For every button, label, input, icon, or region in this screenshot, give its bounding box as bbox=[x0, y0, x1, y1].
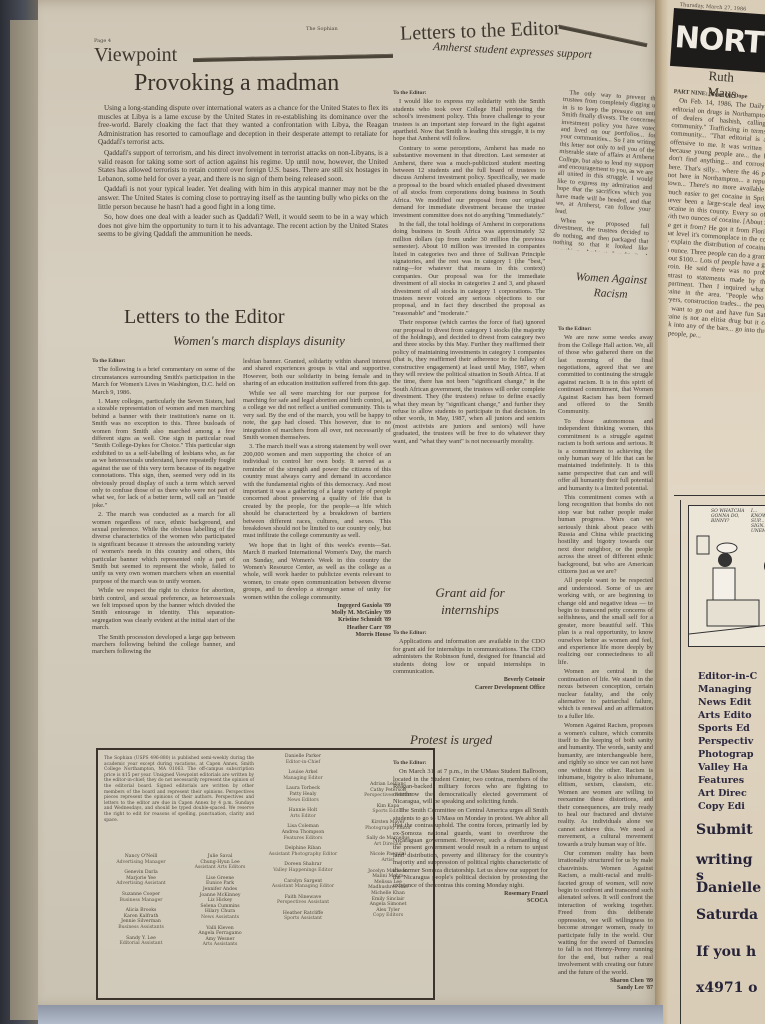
comic-strip: SO WHATCHA GONNA DO, BINNY? I... KNOW...… bbox=[688, 505, 765, 647]
letter-paragraph: The following is a brief commentary on s… bbox=[92, 366, 235, 396]
background-surface bbox=[38, 1005, 663, 1024]
editorial-paragraph: Qaddafi is not your typical leader. Yet … bbox=[98, 185, 388, 211]
staff-role: Assistant Managing Editor bbox=[263, 884, 343, 890]
letter-paragraph: 3. The march itself was a strong stateme… bbox=[243, 443, 391, 539]
submit-notice-line: Saturda bbox=[696, 907, 758, 923]
staff-role-label: Arts Edito bbox=[698, 709, 757, 722]
letter-amherst-col1: To the Editor: I would like to express m… bbox=[393, 90, 545, 565]
comic-drawing bbox=[689, 526, 765, 644]
signature: Career Development Office bbox=[393, 685, 545, 692]
signature: Ingegerd Gaxiola '89 bbox=[243, 603, 391, 610]
letter-paragraph: The Smith procession developed a large g… bbox=[92, 634, 235, 656]
signature: Morris House bbox=[243, 632, 391, 639]
letter-paragraph: The only way to prevent the trustees fro… bbox=[555, 89, 659, 221]
staff-role-label: Art Direc bbox=[698, 787, 757, 800]
letter-womens-march-col1: To the Editor: The following is a brief … bbox=[92, 358, 235, 744]
letter-racism: To the Editor: We are now some weeks awa… bbox=[558, 326, 653, 1006]
signature: Sharon Chen '89 bbox=[558, 978, 653, 985]
newspaper-name: The Sophian bbox=[306, 26, 338, 33]
staff-entry: Heather RatcliffeSports Assistant bbox=[263, 911, 343, 922]
staff-role: Editor-in-Chief bbox=[263, 760, 343, 766]
staff-role: Advertising Manager bbox=[102, 860, 180, 866]
staff-role: Business Assistants bbox=[102, 925, 180, 931]
letter-paragraph: 1. Many colleges, particularly the Seven… bbox=[92, 398, 235, 509]
section-rule bbox=[193, 54, 393, 62]
letter-paragraph: lesbian banner. Granted, solidarity with… bbox=[243, 358, 391, 388]
salutation: To the Editor: bbox=[92, 358, 235, 365]
signature: Sandy Lee '87 bbox=[558, 985, 653, 992]
editorial-paragraph: Qaddafi's support of terrorism, and his … bbox=[98, 149, 388, 183]
signature: Molly M. McGinley '89 bbox=[243, 610, 391, 617]
newspaper-page-right: Thursday, March 27, 1986 NORTHA Ruth Mau… bbox=[668, 0, 765, 1024]
letters-header: Letters to the Editor bbox=[124, 306, 285, 329]
letter-paragraph: While we respect the right to choice for… bbox=[92, 587, 235, 631]
editorial-paragraph: Using a long-standing dispute over inter… bbox=[98, 104, 388, 147]
signature: SCOCA bbox=[393, 898, 548, 905]
masthead-column-a: Nancy O'NeillAdvertising ManagerGenevin … bbox=[102, 854, 180, 952]
letter-paragraph: When we proposed full divestment, the tr… bbox=[553, 216, 650, 255]
letter-paragraph: We hope that in light of this week's eve… bbox=[243, 542, 391, 601]
staff-entry: Genevin DarlaMarjorie YeeAdvertising Ass… bbox=[102, 870, 180, 887]
staff-entry: Faith NinewavePerspectives Assistant bbox=[263, 895, 343, 906]
letter-grant: To the Editor: Applications and informat… bbox=[393, 630, 545, 692]
staff-role: Business Manager bbox=[102, 898, 180, 904]
letter-paragraph: Contrary to some perceptions, Amherst ha… bbox=[393, 145, 545, 219]
comic-balloon: SO WHATCHA GONNA DO, BINNY? bbox=[711, 509, 745, 524]
letter-subhead: Protest is urged bbox=[410, 732, 492, 748]
staff-entry: Valli KlevenAngela FerragamoAmy WesnerAr… bbox=[180, 926, 260, 948]
staff-entry: Hannie HoltArts Editor bbox=[263, 808, 343, 819]
staff-role: Sports Assistant bbox=[263, 916, 343, 922]
staff-entry: Lise GreeneEunice ParkJennifer AndesJoan… bbox=[180, 876, 260, 921]
letters-header-middle: Letters to the Editor bbox=[400, 17, 561, 46]
staff-role-label: Copy Edi bbox=[698, 800, 757, 813]
letter-paragraph: All people want to be respected and unde… bbox=[558, 577, 653, 666]
staff-entry: Julie SavalChung-Hyun LeeAssistant Arts … bbox=[180, 854, 260, 871]
letter-paragraph: To those autonomous and independent thin… bbox=[558, 418, 653, 492]
staff-role: News Assistants bbox=[180, 915, 260, 921]
staff-role: Editorial Assistant bbox=[102, 941, 180, 947]
signature: Heather Carr '89 bbox=[243, 625, 391, 632]
staff-role-label: Managing bbox=[698, 683, 757, 696]
letter-paragraph: Their response (which carries the force … bbox=[393, 319, 545, 445]
submit-notice-line: Submit bbox=[696, 822, 753, 838]
letters-rule bbox=[559, 25, 648, 48]
staff-entry: Lisa ColemanAndrea ThompsonFeatures Edit… bbox=[263, 824, 343, 841]
divider bbox=[674, 495, 765, 497]
letter-womens-march-col2: lesbian banner. Granted, solidarity with… bbox=[243, 358, 391, 744]
staff-entry: Alicia BrooksKaren KalfrathJennie Silver… bbox=[102, 908, 180, 930]
letter-paragraph: On March 31, at 7 p.m., in the UMass Stu… bbox=[393, 768, 548, 805]
letter-subhead: Amherst student expresses support bbox=[433, 41, 592, 61]
staff-entry: Sandy Y. LeeEditorial Assistant bbox=[102, 936, 180, 947]
salutation: To the Editor: bbox=[393, 630, 545, 637]
box-border bbox=[680, 500, 682, 1024]
masthead-box: The Sophian (USPS 496-880) is published … bbox=[96, 748, 435, 1000]
section-title: Viewpoint bbox=[94, 44, 177, 67]
staff-role: Features Editors bbox=[263, 836, 343, 842]
staff-role: Assistant Arts Editors bbox=[180, 865, 260, 871]
publication-statement: The Sophian (USPS 496-880) is published … bbox=[104, 756, 254, 823]
letter-paragraph: This commitment comes with a long recogn… bbox=[558, 494, 653, 575]
editorial-paragraph: So, how does one deal with a leader such… bbox=[98, 213, 388, 239]
signature: Kristine Schmidt '89 bbox=[243, 617, 391, 624]
column-paragraph: On Feb. 14, 1986, The Daily Hampshire Ga… bbox=[668, 97, 765, 349]
staff-role: Arts Assistants bbox=[180, 942, 260, 948]
staff-list: Editor-in-CManagingNews EditArts EditoSp… bbox=[698, 670, 757, 813]
letter-subhead: Women's march displays disunity bbox=[173, 333, 345, 349]
signature: Rosemary Frazel bbox=[393, 891, 548, 898]
salutation: To the Editor: bbox=[558, 326, 653, 333]
submit-notice-line: Danielle bbox=[696, 880, 761, 896]
letter-paragraph: 2. The march was conducted as a march fo… bbox=[92, 511, 235, 585]
staff-role-label: News Edit bbox=[698, 696, 757, 709]
staff-role-label: Editor-in-C bbox=[698, 670, 757, 683]
submit-notice-line: If you h bbox=[696, 944, 756, 960]
letter-paragraph: Our common reality has been irrationally… bbox=[558, 850, 653, 976]
letter-paragraph: In the fall, the total holdings of Amher… bbox=[393, 221, 545, 317]
staff-role: Advertising Assistant bbox=[102, 881, 180, 887]
staff-role: News Editors bbox=[263, 798, 343, 804]
letter-paragraph: Applications and information are availab… bbox=[393, 638, 545, 675]
staff-role: Managing Editor bbox=[263, 776, 343, 782]
letter-paragraph: Women are central in the continuation of… bbox=[558, 668, 653, 720]
masthead-column-c: Danielle ParkerEditor-in-ChiefLouise Ark… bbox=[263, 754, 343, 927]
letter-paragraph: We are now some weeks away from the Coll… bbox=[558, 334, 653, 415]
staff-entry: Nancy O'NeillAdvertising Manager bbox=[102, 854, 180, 865]
editorial-body: Using a long-standing dispute over inter… bbox=[98, 104, 388, 241]
editorial-headline: Provoking a madman bbox=[134, 70, 339, 97]
staff-entry: Laura TorbeckPatty HealyNews Editors bbox=[263, 786, 343, 803]
masthead-column-b: Julie SavalChung-Hyun LeeAssistant Arts … bbox=[180, 854, 260, 953]
staff-entry: Carolyn SargentAssistant Managing Editor bbox=[263, 879, 343, 890]
staff-role: Valley Happenings Editor bbox=[263, 868, 343, 874]
staff-role-label: Sports Ed bbox=[698, 722, 757, 735]
salutation: To the Editor: bbox=[393, 760, 548, 767]
staff-entry: Louise ArkelManaging Editor bbox=[263, 770, 343, 781]
letter-protest: To the Editor: On March 31, at 7 p.m., i… bbox=[393, 760, 548, 1000]
letter-paragraph: Women Against Racism, proposes a women's… bbox=[558, 722, 653, 848]
staff-role-label: Features bbox=[698, 774, 757, 787]
letter-paragraph: I would like to express my solidarity wi… bbox=[393, 98, 545, 142]
salutation: To the Editor: bbox=[393, 90, 545, 97]
letter-amherst-col2: The only way to prevent the trustees fro… bbox=[553, 89, 659, 255]
submit-notice-line: x4971 o bbox=[696, 980, 758, 996]
staff-role: Assistant Photography Editor bbox=[263, 852, 343, 858]
staff-entry: Danielle ParkerEditor-in-Chief bbox=[263, 754, 343, 765]
staff-role-label: Photograp bbox=[698, 748, 757, 761]
staff-role: Arts Editor bbox=[263, 814, 343, 820]
column-body: PART NINE: More On Dope On Feb. 14, 1986… bbox=[668, 88, 765, 509]
staff-entry: Suzanne CooperBusiness Manager bbox=[102, 892, 180, 903]
letter-subhead: Grant aid for internships bbox=[420, 584, 520, 618]
newspaper-page-left: Page 4 The Sophian Viewpoint Provoking a… bbox=[38, 0, 663, 1010]
staff-entry: Doreen ShahrarValley Happenings Editor bbox=[263, 862, 343, 873]
signature: Beverly Cotnoir bbox=[393, 677, 545, 684]
staff-role-label: Perspectiv bbox=[698, 735, 757, 748]
staff-role-label: Valley Ha bbox=[698, 761, 757, 774]
staff-role: Perspectives Assistant bbox=[263, 900, 343, 906]
letter-paragraph: While we all were marching for our purpo… bbox=[243, 390, 391, 442]
staff-entry: Delphine RibanAssistant Photography Edit… bbox=[263, 846, 343, 857]
letter-subhead: Women Against Racism bbox=[565, 270, 656, 305]
letter-paragraph: The Smith Committee on Central America u… bbox=[393, 807, 548, 888]
